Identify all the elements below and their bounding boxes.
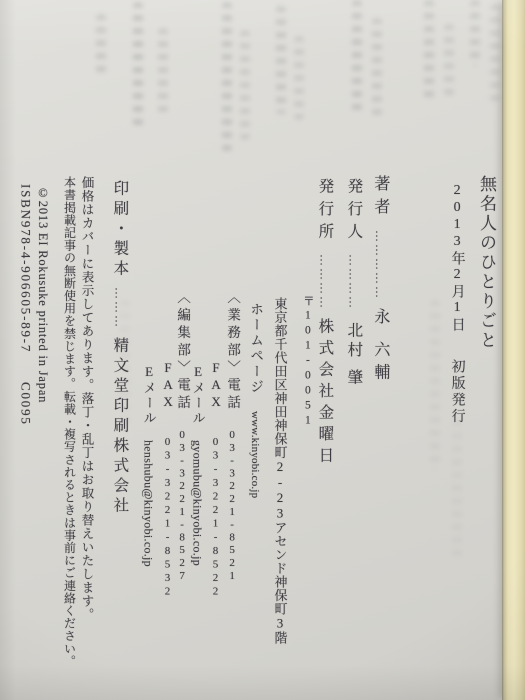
- sales-dept-tel-label: 〈業務部〉電話: [225, 290, 240, 413]
- printer-name: 精文堂印刷株式会社: [111, 337, 128, 517]
- isbn-number: ISBN978-4-906605-89-7: [18, 184, 33, 353]
- issuer-name: 北村 肇: [345, 322, 362, 388]
- author-row: 著者 …………… 永 六輔: [371, 175, 389, 386]
- author-name: 永 六輔: [371, 308, 389, 386]
- ghost-text-column: [470, 0, 480, 66]
- sales-dept-fax-number: 03-3221-8522: [209, 436, 221, 599]
- printer-label: 印刷・製本: [111, 180, 128, 280]
- editorial-dept-tel: 〈編集部〉電話 03-3221-8527: [175, 290, 190, 582]
- publisher-leader-dots: …………: [317, 254, 330, 310]
- ghost-text-column: [294, 36, 304, 120]
- sales-dept-email: Eメール gyomubu@kinyobi.co.jp: [190, 364, 205, 566]
- editorial-dept-fax-number: 03-3221-8532: [161, 436, 173, 599]
- ghost-text-column: [276, 6, 286, 114]
- publisher-name: 株式会社金曜日: [316, 318, 333, 469]
- ghost-text-column: [96, 14, 106, 74]
- issuer-label: 発行人: [345, 178, 362, 246]
- printer-leader-dots: ………: [112, 287, 125, 329]
- ghost-text-column: [352, 0, 362, 116]
- sales-dept-email-address: gyomubu@kinyobi.co.jp: [190, 440, 203, 566]
- book-title: 無名人のひとりごと: [477, 175, 496, 351]
- ghost-text-column: [133, 2, 143, 130]
- book-colophon-page: 無名人のひとりごと 2013年2月1日 初版発行 著者 …………… 永 六輔 発…: [0, 0, 525, 700]
- ghost-text-column: [372, 18, 382, 116]
- rights-note: 本書掲載記事の無断使用を禁じます。転載・複写されるときは事前にご連絡ください。: [62, 176, 75, 667]
- sales-dept-fax-label: FAX: [208, 360, 223, 411]
- editorial-dept-fax-label: FAX: [160, 360, 175, 411]
- editorial-dept-fax: FAX 03-3221-8532: [160, 360, 175, 599]
- sales-dept-tel-number: 03-3221-8521: [226, 429, 238, 583]
- ghost-text-column: [222, 2, 232, 152]
- homepage-label: ホームページ: [248, 302, 263, 395]
- editorial-dept-email: Eメール henshubu@kinyobi.co.jp: [141, 364, 156, 567]
- edition-date: 2013年2月1日 初版発行: [449, 183, 465, 425]
- edition-label: 初版発行: [449, 359, 465, 425]
- price-note: 価格はカバーに表示してあります。落丁・乱丁はお取り替えいたします。: [80, 176, 94, 622]
- publisher-row: 発行所 ………… 株式会社金曜日: [316, 178, 333, 469]
- editorial-dept-tel-number: 03-3221-8527: [176, 429, 188, 583]
- author-label: 著者: [371, 175, 389, 221]
- editorial-dept-tel-label: 〈編集部〉電話: [175, 290, 190, 413]
- author-leader-dots: ……………: [372, 230, 385, 300]
- ghost-text-column: [158, 28, 168, 114]
- sales-dept-email-label: Eメール: [190, 364, 205, 426]
- c-code: C0095: [18, 382, 33, 426]
- ghost-text-column: [490, 4, 500, 104]
- editorial-dept-email-label: Eメール: [141, 364, 156, 426]
- homepage-row: ホームページ www.kinyobi.co.jp: [248, 302, 263, 499]
- homepage-url: www.kinyobi.co.jp: [249, 411, 261, 498]
- edition-date-text: 2013年2月1日: [449, 183, 465, 333]
- copyright-line: ©2013 EI Rokusuke printed in Japan: [36, 186, 50, 403]
- sales-dept-tel: 〈業務部〉電話 03-3221-8521: [225, 290, 240, 582]
- publisher-label: 発行所: [316, 178, 333, 246]
- ghost-text-column: [452, 420, 462, 560]
- sales-dept-fax: FAX 03-3221-8522: [208, 360, 223, 599]
- ghost-text-column: [424, 0, 434, 104]
- issuer-row: 発行人 ………… 北村 肇: [345, 178, 362, 389]
- ghost-text-column: [444, 24, 454, 96]
- printer-row: 印刷・製本 ……… 精文堂印刷株式会社: [111, 180, 128, 517]
- postal-code: 〒101-0051: [301, 295, 314, 430]
- editorial-dept-email-address: henshubu@kinyobi.co.jp: [141, 440, 154, 567]
- page-edge: [502, 0, 525, 700]
- issuer-leader-dots: …………: [346, 254, 359, 310]
- ghost-text-column: [430, 300, 440, 470]
- publisher-address: 東京都千代田区神田神保町2-23アセンド神保町3階: [272, 297, 287, 645]
- isbn-line: ISBN978-4-906605-89-7 C0095: [18, 184, 33, 426]
- ghost-text-column: [240, 30, 250, 140]
